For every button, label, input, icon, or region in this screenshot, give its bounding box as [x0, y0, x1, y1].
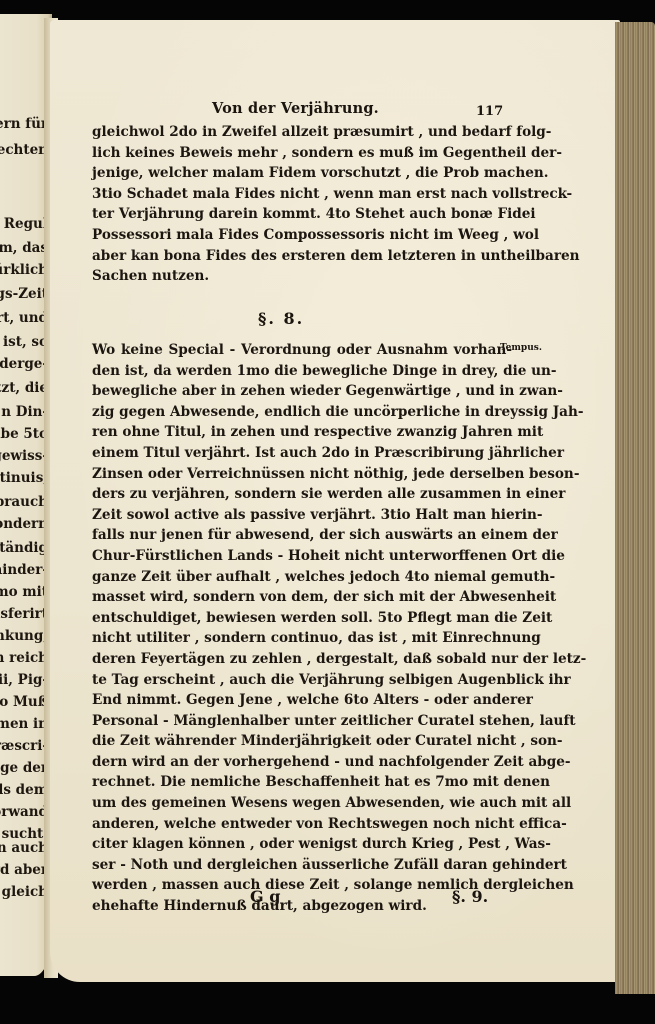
text-line: Chur-Fürstlichen Lands - Hoheit nicht un…	[92, 546, 512, 567]
paragraph-continuation: gleichwol 2do in Zweifel allzeit præsumi…	[92, 122, 512, 287]
left-page-fragment: elbe 5to	[0, 426, 48, 442]
left-page-fragment: rii, Pig-	[0, 672, 48, 688]
left-page-fragment: hinder-	[0, 562, 48, 578]
text-line: gleichwol 2do in Zweifel allzeit præsumi…	[92, 122, 512, 143]
text-line: falls nur jenen für abwesend, der sich a…	[92, 525, 512, 546]
left-page-fragment: gleich	[2, 884, 48, 900]
text-line: te Tag erscheint , auch die Verjährung s…	[92, 670, 512, 691]
text-line: die Zeit währender Minderjährigkeit oder…	[92, 731, 512, 752]
text-line: Zeit sowol active als passive verjährt. …	[92, 505, 512, 526]
left-page-fragment: ankung,	[0, 628, 48, 644]
text-line: ders zu verjähren, sondern sie werden al…	[92, 484, 512, 505]
left-page-fragment: n ist, so	[0, 334, 48, 350]
left-page-fragment: rt, und	[0, 310, 48, 326]
left-page-fragment: ch reich	[0, 650, 48, 666]
left-page-fragment: würklich	[0, 262, 48, 278]
text-line: masset wird, sondern von dem, der sich m…	[92, 587, 512, 608]
left-page-fragment: o Muß	[0, 694, 48, 710]
text-line: anderen, welche entweder von Rechtswegen…	[92, 814, 512, 835]
paragraph-section-8: Wo keine Special - Verordnung oder Ausna…	[92, 340, 512, 917]
left-page-fragment: Præscri-	[0, 738, 48, 754]
text-line: zig gegen Abwesende, endlich die uncörpe…	[92, 402, 512, 423]
text-line: Wo keine Special - Verordnung oder Ausna…	[92, 340, 512, 361]
text-line: deren Feyertägen zu zehlen , dergestalt,…	[92, 649, 512, 670]
text-line: bewegliche aber in zehen wieder Gegenwär…	[92, 381, 512, 402]
left-page-fragment: gewiss-	[0, 448, 48, 464]
catchword: §. 9.	[452, 887, 488, 906]
left-page-fragment: derge-	[0, 356, 48, 372]
text-line: 3tio Schadet mala Fides nicht , wenn man…	[92, 184, 512, 205]
text-line: um des gemeinen Wesens wegen Abwesenden,…	[92, 793, 512, 814]
book-scan: ern fürRechtenRegulm, daswürklichgs-Zeit…	[0, 0, 655, 1024]
signature-mark: G g	[250, 887, 280, 906]
left-page-fragment: gs-Zeit	[0, 286, 48, 302]
left-page-fragment: m, das	[0, 240, 48, 256]
left-page-fragment: Regul	[4, 216, 48, 232]
left-page-fragment: nsferirt	[0, 606, 48, 622]
left-page-fragment: ird aber	[0, 862, 48, 878]
left-page-fragment: ntinuis,	[0, 470, 48, 486]
text-line: ganze Zeit über aufhalt , welches jedoch…	[92, 567, 512, 588]
left-page-fragment: ebrauch	[0, 494, 48, 510]
text-line: den ist, da werden 1mo die bewegliche Di…	[92, 361, 512, 382]
text-line: einem Titul verjährt. Ist auch 2do in Pr…	[92, 443, 512, 464]
text-line: Zinsen oder Verreichnüssen nicht nöthig,…	[92, 464, 512, 485]
text-line: End nimmt. Gegen Jene , welche 6to Alter…	[92, 690, 512, 711]
page-edges	[615, 22, 655, 994]
page-number: 117	[476, 104, 503, 119]
left-page-fragment: lls dem	[0, 782, 48, 798]
text-line: jenige, welcher malam Fidem vorschutzt ,…	[92, 163, 512, 184]
text-line: ter Verjährung darein kommt. 4to Stehet …	[92, 204, 512, 225]
left-page-fragment: sondern	[0, 516, 48, 532]
text-line: Sachen nutzen.	[92, 266, 512, 287]
left-page-fragment: inge der	[0, 760, 48, 776]
left-page-fragment: ständig	[0, 540, 48, 556]
text-line: nicht utiliter , sondern continuo, das i…	[92, 628, 512, 649]
text-line: entschuldiget, bewiesen werden soll. 5to…	[92, 608, 512, 629]
text-line: lich keines Beweis mehr , sondern es muß…	[92, 143, 512, 164]
left-page-fragment: n Din-	[1, 404, 48, 420]
running-head: Von der Verjährung.	[212, 100, 379, 117]
section-heading: §. 8.	[258, 309, 304, 328]
text-line: aber kan bona Fides des ersteren dem let…	[92, 246, 512, 267]
text-line: ser - Noth und dergleichen äusserliche Z…	[92, 855, 512, 876]
text-line: dern wird an der vorhergehend - und nach…	[92, 752, 512, 773]
left-page-fragment: orwand	[0, 804, 48, 820]
text-line: werden , massen auch diese Zeit , solang…	[92, 875, 512, 896]
left-page-fragment: nmen in	[0, 716, 48, 732]
left-page-fragment: tzt, die	[0, 380, 48, 396]
text-line: Possessori mala Fides Compossessoris nic…	[92, 225, 512, 246]
left-page-fragment: ern für	[0, 116, 48, 132]
left-page-fragment: Rechten	[0, 142, 48, 158]
text-line: citer klagen können , oder wenigst durch…	[92, 834, 512, 855]
left-page-fragment: 1mo mit	[0, 584, 48, 600]
text-line: Personal - Mänglenhalber unter zeitliche…	[92, 711, 512, 732]
left-page-fragment: rn auch	[0, 840, 48, 856]
text-line: rechnet. Die nemliche Beschaffenheit hat…	[92, 772, 512, 793]
text-line: ren ohne Titul, in zehen und respective …	[92, 422, 512, 443]
text-line: ehehafte Hindernuß daurt, abgezogen wird…	[92, 896, 512, 917]
